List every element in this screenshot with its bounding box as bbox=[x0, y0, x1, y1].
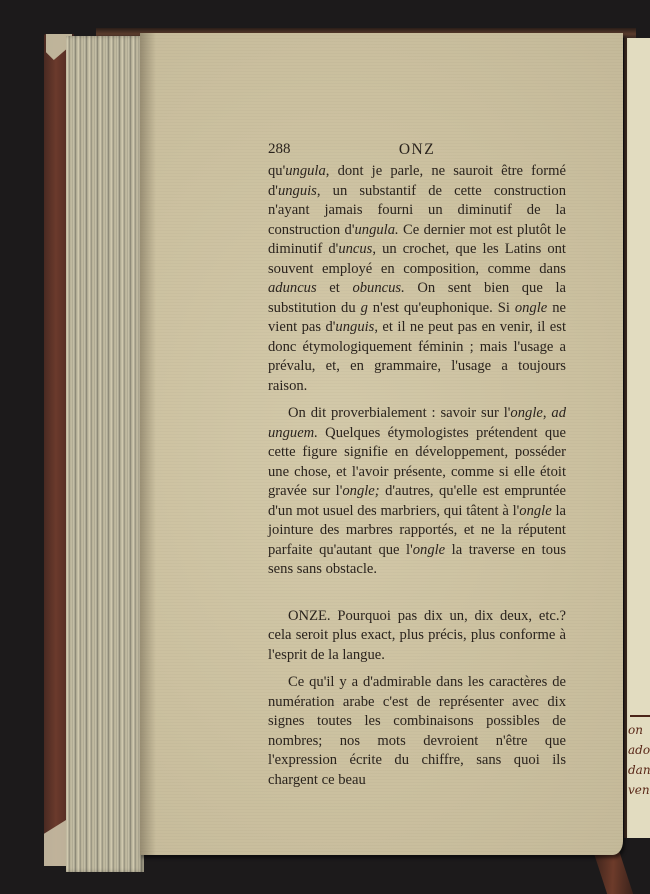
margin-note-line: ven bbox=[628, 780, 650, 800]
gutter-shadow bbox=[140, 33, 156, 855]
binding-strap bbox=[593, 850, 633, 894]
handwritten-margin-note: on adop dan ven bbox=[628, 715, 650, 800]
paragraph: Ce qu'il y a d'admirable dans les caract… bbox=[268, 673, 566, 790]
margin-note-line: adop bbox=[628, 740, 650, 760]
page-text-block: 288 ONZ qu'ungula, dont je parle, ne sau… bbox=[268, 140, 566, 790]
running-head: 288 ONZ bbox=[268, 140, 566, 162]
handwritten-rule bbox=[630, 715, 650, 717]
running-title: ONZ bbox=[268, 140, 566, 160]
page-edges bbox=[66, 36, 144, 872]
margin-note-line: dan bbox=[628, 760, 650, 780]
paragraph: On dit proverbialement : savoir sur l'on… bbox=[268, 404, 566, 580]
book-scan: on adop dan ven 288 ONZ qu'ungula, dont … bbox=[0, 0, 650, 894]
paragraph: ONZE. Pourquoi pas dix un, dix deux, etc… bbox=[268, 607, 566, 666]
paragraph: qu'ungula, dont je parle, ne sauroit êtr… bbox=[268, 162, 566, 396]
margin-note-line: on bbox=[628, 720, 650, 740]
